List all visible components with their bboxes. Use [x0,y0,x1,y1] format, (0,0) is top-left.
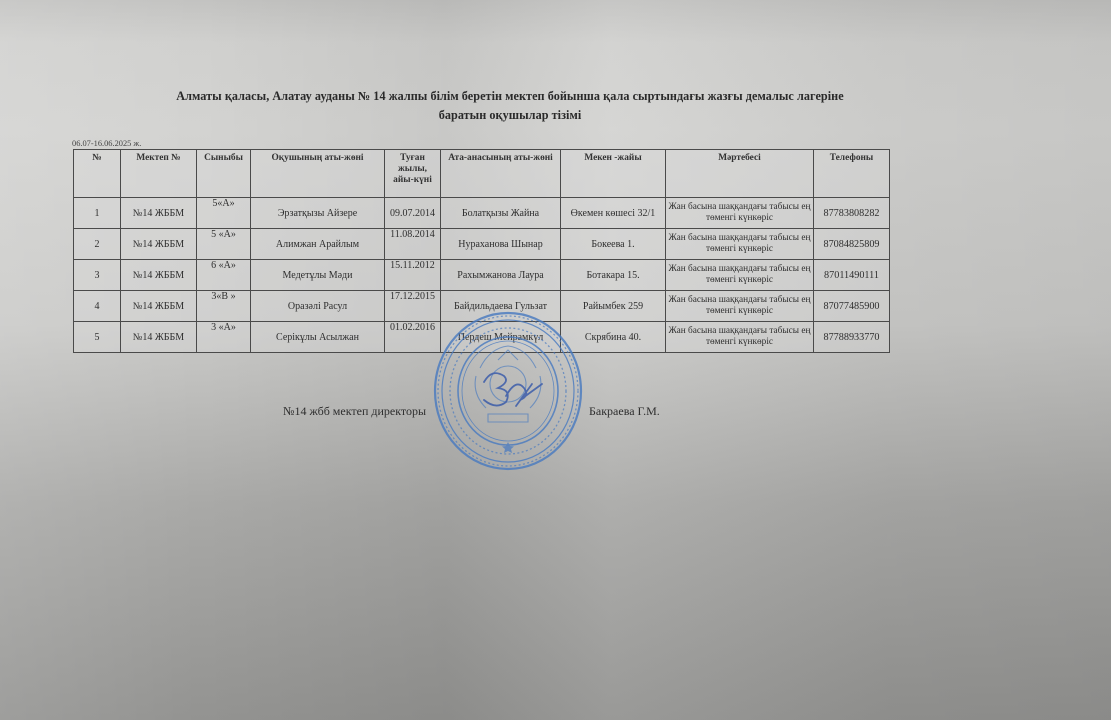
cell-phone: 87011490111 [814,260,890,291]
pupils-table: № Мектеп № Сыныбы Оқушының аты-жөні Туға… [73,149,890,353]
cell-class: 5«А» [197,198,251,229]
table-row: 3 №14 ЖББМ 6 «А» Медетұлы Мәди 15.11.201… [74,260,890,291]
cell-birth: 17.12.2015 [385,291,441,322]
cell-parent: Рахымжанова Лаура [441,260,561,291]
header-phone: Телефоны [814,150,890,198]
cell-phone: 87077485900 [814,291,890,322]
cell-birth: 15.11.2012 [385,260,441,291]
cell-class: 6 «А» [197,260,251,291]
director-position: №14 жбб мектеп директоры [283,404,426,419]
cell-parent: Нураханова Шынар [441,229,561,260]
cell-no: 1 [74,198,121,229]
cell-pupil: Алимжан Арайлым [251,229,385,260]
cell-pupil: Эрзатқызы Айзере [251,198,385,229]
header-no: № [74,150,121,198]
title-line-2: баратын оқушылар тізімі [120,106,900,125]
cell-phone: 87084825809 [814,229,890,260]
cell-school: №14 ЖББМ [121,322,197,353]
header-parent: Ата-анасының аты-жөні [441,150,561,198]
cell-class: 5 «А» [197,229,251,260]
table-row: 5 №14 ЖББМ 3 «А» Серікұлы Асылжан 01.02.… [74,322,890,353]
cell-parent: Байдильдаева Гульзат [441,291,561,322]
table-row: 4 №14 ЖББМ 3«В » Оразәлі Расул 17.12.201… [74,291,890,322]
cell-no: 3 [74,260,121,291]
document-title: Алматы қаласы, Алатау ауданы № 14 жалпы … [120,87,900,125]
cell-address: Райымбек 259 [561,291,666,322]
cell-birth: 09.07.2014 [385,198,441,229]
cell-class: 3 «А» [197,322,251,353]
cell-pupil: Оразәлі Расул [251,291,385,322]
cell-school: №14 ЖББМ [121,229,197,260]
cell-status: Жан басына шаққандағы табысы ең төменгі … [666,322,814,353]
table-row: 1 №14 ЖББМ 5«А» Эрзатқызы Айзере 09.07.2… [74,198,890,229]
title-line-1: Алматы қаласы, Алатау ауданы № 14 жалпы … [120,87,900,106]
director-name: Бакраева Г.М. [589,404,660,419]
header-class: Сыныбы [197,150,251,198]
cell-pupil: Медетұлы Мәди [251,260,385,291]
table-row: 2 №14 ЖББМ 5 «А» Алимжан Арайлым 11.08.2… [74,229,890,260]
cell-parent: Болатқызы Жайна [441,198,561,229]
cell-school: №14 ЖББМ [121,198,197,229]
header-address: Мекен -жайы [561,150,666,198]
header-pupil: Оқушының аты-жөні [251,150,385,198]
cell-phone: 87783808282 [814,198,890,229]
cell-status: Жан басына шаққандағы табысы ең төменгі … [666,260,814,291]
date-range: 06.07-16.06.2025 ж. [72,139,141,148]
cell-no: 4 [74,291,121,322]
cell-birth: 11.08.2014 [385,229,441,260]
cell-phone: 87788933770 [814,322,890,353]
header-status: Мәртебесі [666,150,814,198]
cell-status: Жан басына шаққандағы табысы ең төменгі … [666,291,814,322]
cell-class: 3«В » [197,291,251,322]
cell-status: Жан басына шаққандағы табысы ең төменгі … [666,198,814,229]
cell-pupil: Серікұлы Асылжан [251,322,385,353]
cell-status: Жан басына шаққандағы табысы ең төменгі … [666,229,814,260]
cell-address: Өкемен көшесі 32/1 [561,198,666,229]
cell-school: №14 ЖББМ [121,260,197,291]
cell-parent: Пердеш Мейрамкүл [441,322,561,353]
table-header-row: № Мектеп № Сыныбы Оқушының аты-жөні Туға… [74,150,890,198]
header-school: Мектеп № [121,150,197,198]
cell-address: Скрябина 40. [561,322,666,353]
header-birth: Туған жылы, айы-күні [385,150,441,198]
cell-school: №14 ЖББМ [121,291,197,322]
cell-no: 5 [74,322,121,353]
cell-no: 2 [74,229,121,260]
cell-address: Ботакара 15. [561,260,666,291]
cell-birth: 01.02.2016 [385,322,441,353]
cell-address: Бокеева 1. [561,229,666,260]
